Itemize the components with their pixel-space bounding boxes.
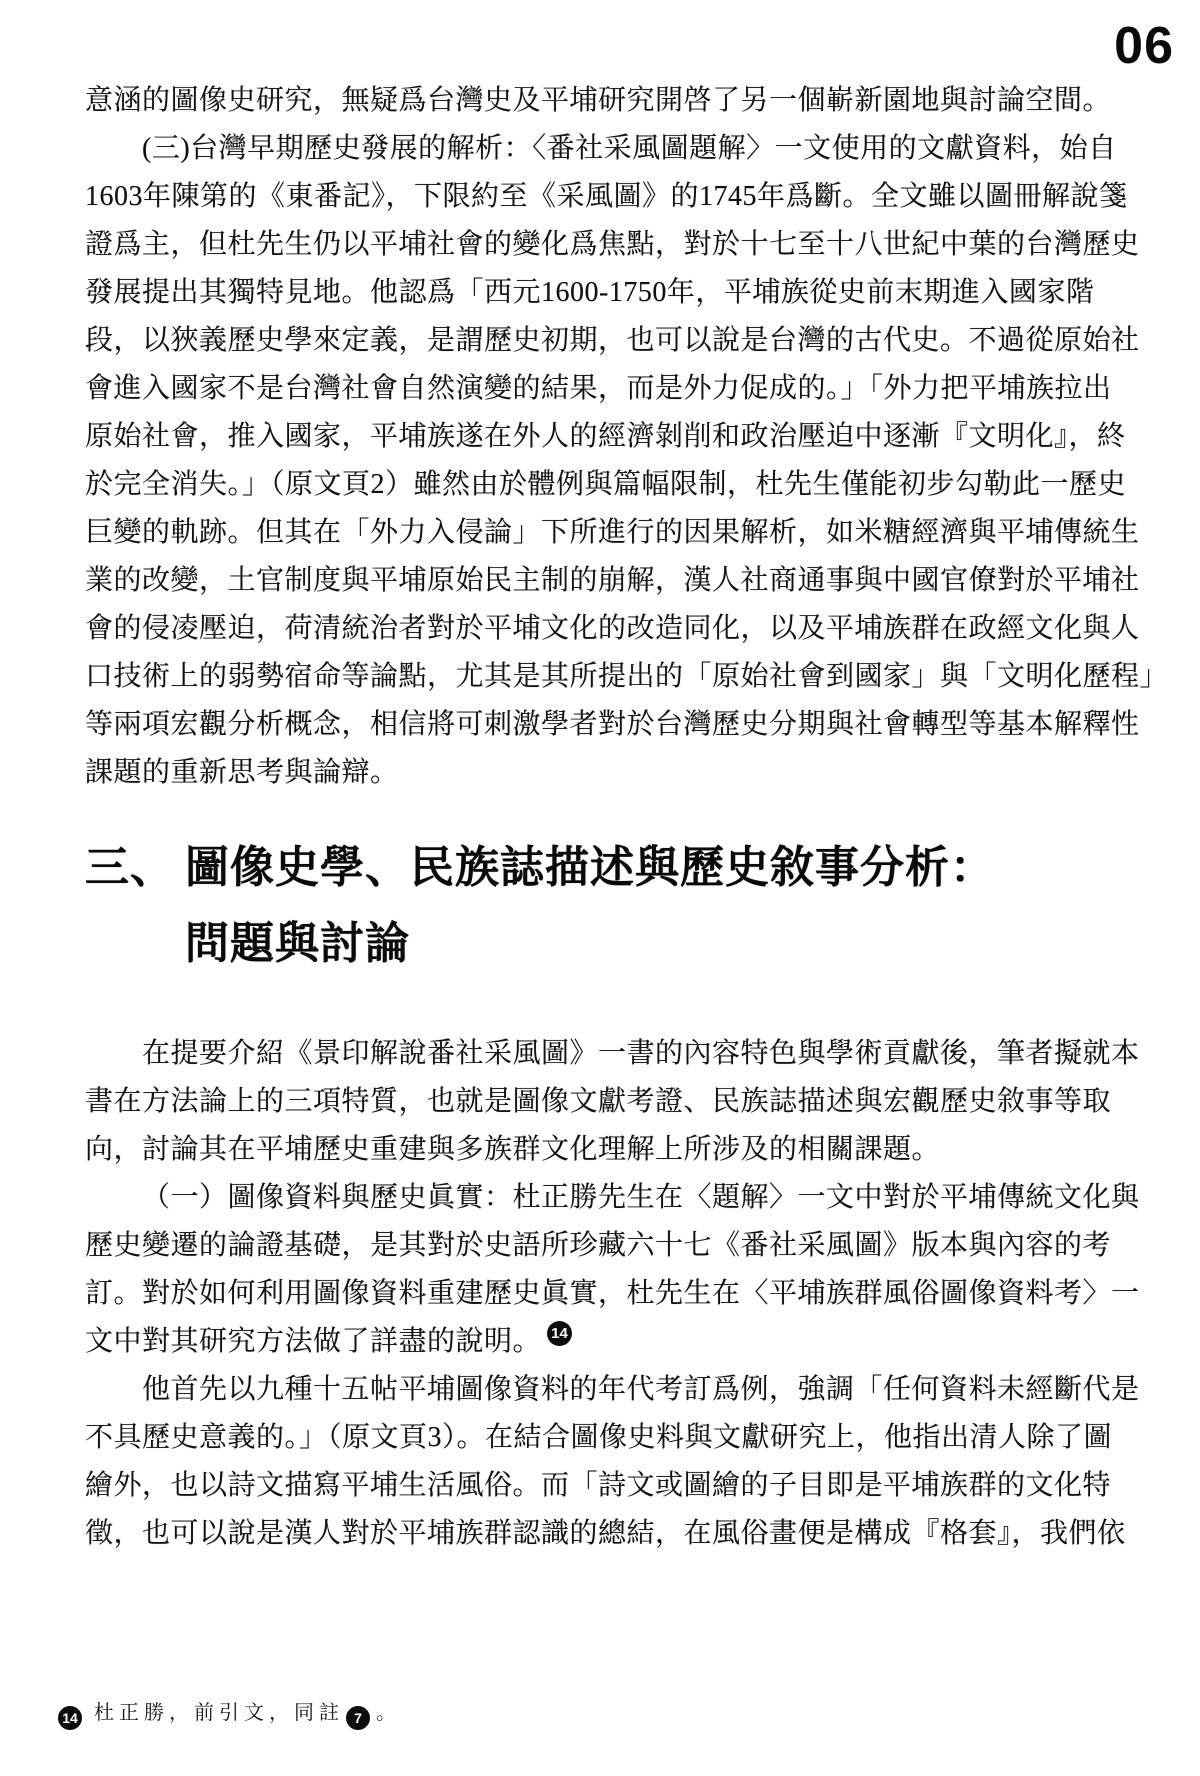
text-line: 於完全消失。」（原文頁2）雖然由於體例與篇幅限制，杜先生僅能初步勾勒此一歷史 — [85, 461, 1125, 509]
text-line: 向，討論其在平埔歷史重建與多族群文化理解上所涉及的相關課題。 — [85, 1126, 1125, 1174]
text-line-content: 在提要介紹《景印解說番社采風圖》一書的內容特色與學術貢獻後，筆者擬就本 — [142, 1038, 1140, 1069]
text-line-content: 歷史變遷的論證基礎，是其對於史語所珍藏六十七《番社采風圖》版本與內容的考 — [85, 1230, 1111, 1261]
text-line-content: 意涵的圖像史研究，無疑爲台灣史及平埔研究開啓了另一個嶄新園地與討論空間。 — [85, 85, 1111, 116]
paragraph-block-top: 意涵的圖像史研究，無疑爲台灣史及平埔研究開啓了另一個嶄新園地與討論空間。(三)台… — [85, 77, 1125, 797]
text-line-content: 口技術上的弱勢宿命等論點，尤其是其所提出的「原始社會到國家」與「文明化歷程」 — [85, 661, 1168, 692]
text-line-content: 會的侵凌壓迫，荷清統治者對於平埔文化的改造同化，以及平埔族群在政經文化與人 — [85, 613, 1140, 644]
text-line: 書在方法論上的三項特質，也就是圖像文獻考證、民族誌描述與宏觀歷史敘事等取 — [85, 1078, 1125, 1126]
footnote-period: 。 — [376, 1702, 401, 1724]
text-line: 原始社會，推入國家，平埔族遂在外人的經濟剝削和政治壓迫中逐漸『文明化』，終 — [85, 413, 1125, 461]
text-line-content: 課題的重新思考與論辯。 — [85, 757, 399, 788]
footnote-text: 杜正勝，前引文，同註 — [94, 1702, 344, 1724]
section-heading-line1: 圖像史學、民族誌描述與歷史敘事分析： — [185, 830, 995, 906]
text-line-content: 1603年陳第的《東番記》，下限約至《采風圖》的1745年爲斷。全文雖以圖冊解說… — [85, 181, 1128, 212]
text-line-content: 原始社會，推入國家，平埔族遂在外人的經濟剝削和政治壓迫中逐漸『文明化』，終 — [85, 421, 1126, 452]
text-line-content: 會進入國家不是台灣社會自然演變的結果，而是外力促成的。」「外力把平埔族拉出 — [85, 373, 1112, 404]
text-line: 巨變的軌跡。但其在「外力入侵論」下所進行的因果解析，如米糖經濟與平埔傳統生 — [85, 509, 1125, 557]
footnote: 14杜正勝，前引文，同註7。 — [58, 1696, 401, 1730]
section-heading: 三、 圖像史學、民族誌描述與歷史敘事分析： 問題與討論 — [85, 830, 995, 982]
text-line: 口技術上的弱勢宿命等論點，尤其是其所提出的「原始社會到國家」與「文明化歷程」 — [85, 653, 1125, 701]
text-line-content: 證爲主，但杜先生仍以平埔社會的變化爲焦點，對於十七至十八世紀中葉的台灣歷史 — [85, 229, 1140, 260]
text-line-content: 向，討論其在平埔歷史重建與多族群文化理解上所涉及的相關課題。 — [85, 1134, 940, 1165]
text-line-content: 巨變的軌跡。但其在「外力入侵論」下所進行的因果解析，如米糖經濟與平埔傳統生 — [85, 517, 1140, 548]
text-line-content: 不具歷史意義的。」（原文頁3）。在結合圖像史料與文獻研究上，他指出清人除了圖 — [85, 1422, 1112, 1453]
text-line: 會的侵凌壓迫，荷清統治者對於平埔文化的改造同化，以及平埔族群在政經文化與人 — [85, 605, 1125, 653]
text-line: 他首先以九種十五帖平埔圖像資料的年代考訂爲例，強調「任何資料未經斷代是 — [85, 1366, 1125, 1414]
text-line: 訂。對於如何利用圖像資料重建歷史眞實，杜先生在〈平埔族群風俗圖像資料考〉一 — [85, 1270, 1125, 1318]
text-line: 歷史變遷的論證基礎，是其對於史語所珍藏六十七《番社采風圖》版本與內容的考 — [85, 1222, 1125, 1270]
text-line-content: 他首先以九種十五帖平埔圖像資料的年代考訂爲例，強調「任何資料未經斷代是 — [142, 1374, 1140, 1405]
text-line-content: 等兩項宏觀分析概念，相信將可刺激學者對於台灣歷史分期與社會轉型等基本解釋性 — [85, 709, 1140, 740]
footnote-ref-icon: 7 — [346, 1706, 370, 1730]
text-line-content: 文中對其研究方法做了詳盡的說明。 — [85, 1326, 541, 1357]
text-line: 等兩項宏觀分析概念，相信將可刺激學者對於台灣歷史分期與社會轉型等基本解釋性 — [85, 701, 1125, 749]
paragraph-block-bottom: 在提要介紹《景印解說番社采風圖》一書的內容特色與學術貢獻後，筆者擬就本書在方法論… — [85, 1030, 1125, 1558]
text-line: 會進入國家不是台灣社會自然演變的結果，而是外力促成的。」「外力把平埔族拉出 — [85, 365, 1125, 413]
text-line: 意涵的圖像史研究，無疑爲台灣史及平埔研究開啓了另一個嶄新園地與討論空間。 — [85, 77, 1125, 125]
text-line-content: 發展提出其獨特見地。他認爲「西元1600-1750年，平埔族從史前末期進入國家階 — [85, 277, 1094, 308]
text-line: 繪外，也以詩文描寫平埔生活風俗。而「詩文或圖繪的子目即是平埔族群的文化特 — [85, 1462, 1125, 1510]
text-line-content: 訂。對於如何利用圖像資料重建歷史眞實，杜先生在〈平埔族群風俗圖像資料考〉一 — [85, 1278, 1140, 1309]
text-line: 1603年陳第的《東番記》，下限約至《采風圖》的1745年爲斷。全文雖以圖冊解說… — [85, 173, 1125, 221]
text-line-content: 段，以狹義歷史學來定義，是謂歷史初期，也可以說是台灣的古代史。不過從原始社 — [85, 325, 1140, 356]
text-line: 不具歷史意義的。」（原文頁3）。在結合圖像史料與文獻研究上，他指出清人除了圖 — [85, 1414, 1125, 1462]
footnote-number-icon: 14 — [58, 1706, 82, 1730]
text-line: （一）圖像資料與歷史眞實：杜正勝先生在〈題解〉一文中對於平埔傳統文化與 — [85, 1174, 1125, 1222]
section-heading-line2: 問題與討論 — [185, 906, 995, 982]
text-line: (三)台灣早期歷史發展的解析：〈番社采風圖題解〉一文使用的文獻資料，始自 — [85, 125, 1125, 173]
text-line-content: 繪外，也以詩文描寫平埔生活風俗。而「詩文或圖繪的子目即是平埔族群的文化特 — [85, 1470, 1111, 1501]
text-line-content: 書在方法論上的三項特質，也就是圖像文獻考證、民族誌描述與宏觀歷史敘事等取 — [85, 1086, 1111, 1117]
page-number: 06 — [1114, 20, 1174, 72]
text-line-content: 業的改變，土官制度與平埔原始民主制的崩解，漢人社商通事與中國官僚對於平埔社 — [85, 565, 1140, 596]
text-line-content: （一）圖像資料與歷史眞實：杜正勝先生在〈題解〉一文中對於平埔傳統文化與 — [142, 1182, 1140, 1213]
text-line: 課題的重新思考與論辯。 — [85, 749, 1125, 797]
text-line-content: (三)台灣早期歷史發展的解析：〈番社采風圖題解〉一文使用的文獻資料，始自 — [142, 133, 1117, 164]
text-line: 業的改變，土官制度與平埔原始民主制的崩解，漢人社商通事與中國官僚對於平埔社 — [85, 557, 1125, 605]
document-page: 06 意涵的圖像史研究，無疑爲台灣史及平埔研究開啓了另一個嶄新園地與討論空間。(… — [0, 0, 1200, 1776]
text-line: 證爲主，但杜先生仍以平埔社會的變化爲焦點，對於十七至十八世紀中葉的台灣歷史 — [85, 221, 1125, 269]
text-line: 段，以狹義歷史學來定義，是謂歷史初期，也可以說是台灣的古代史。不過從原始社 — [85, 317, 1125, 365]
section-number: 三、 — [85, 830, 175, 906]
footnote-marker-icon: 14 — [547, 1321, 572, 1346]
text-line: 在提要介紹《景印解說番社采風圖》一書的內容特色與學術貢獻後，筆者擬就本 — [85, 1030, 1125, 1078]
text-line: 發展提出其獨特見地。他認爲「西元1600-1750年，平埔族從史前末期進入國家階 — [85, 269, 1125, 317]
text-line: 徵，也可以說是漢人對於平埔族群認識的總結，在風俗畫便是構成『格套』，我們依 — [85, 1510, 1125, 1558]
text-line: 文中對其研究方法做了詳盡的說明。14 — [85, 1318, 1125, 1366]
text-line-content: 於完全消失。」（原文頁2）雖然由於體例與篇幅限制，杜先生僅能初步勾勒此一歷史 — [85, 469, 1126, 500]
text-line-content: 徵，也可以說是漢人對於平埔族群認識的總結，在風俗畫便是構成『格套』，我們依 — [85, 1518, 1126, 1549]
